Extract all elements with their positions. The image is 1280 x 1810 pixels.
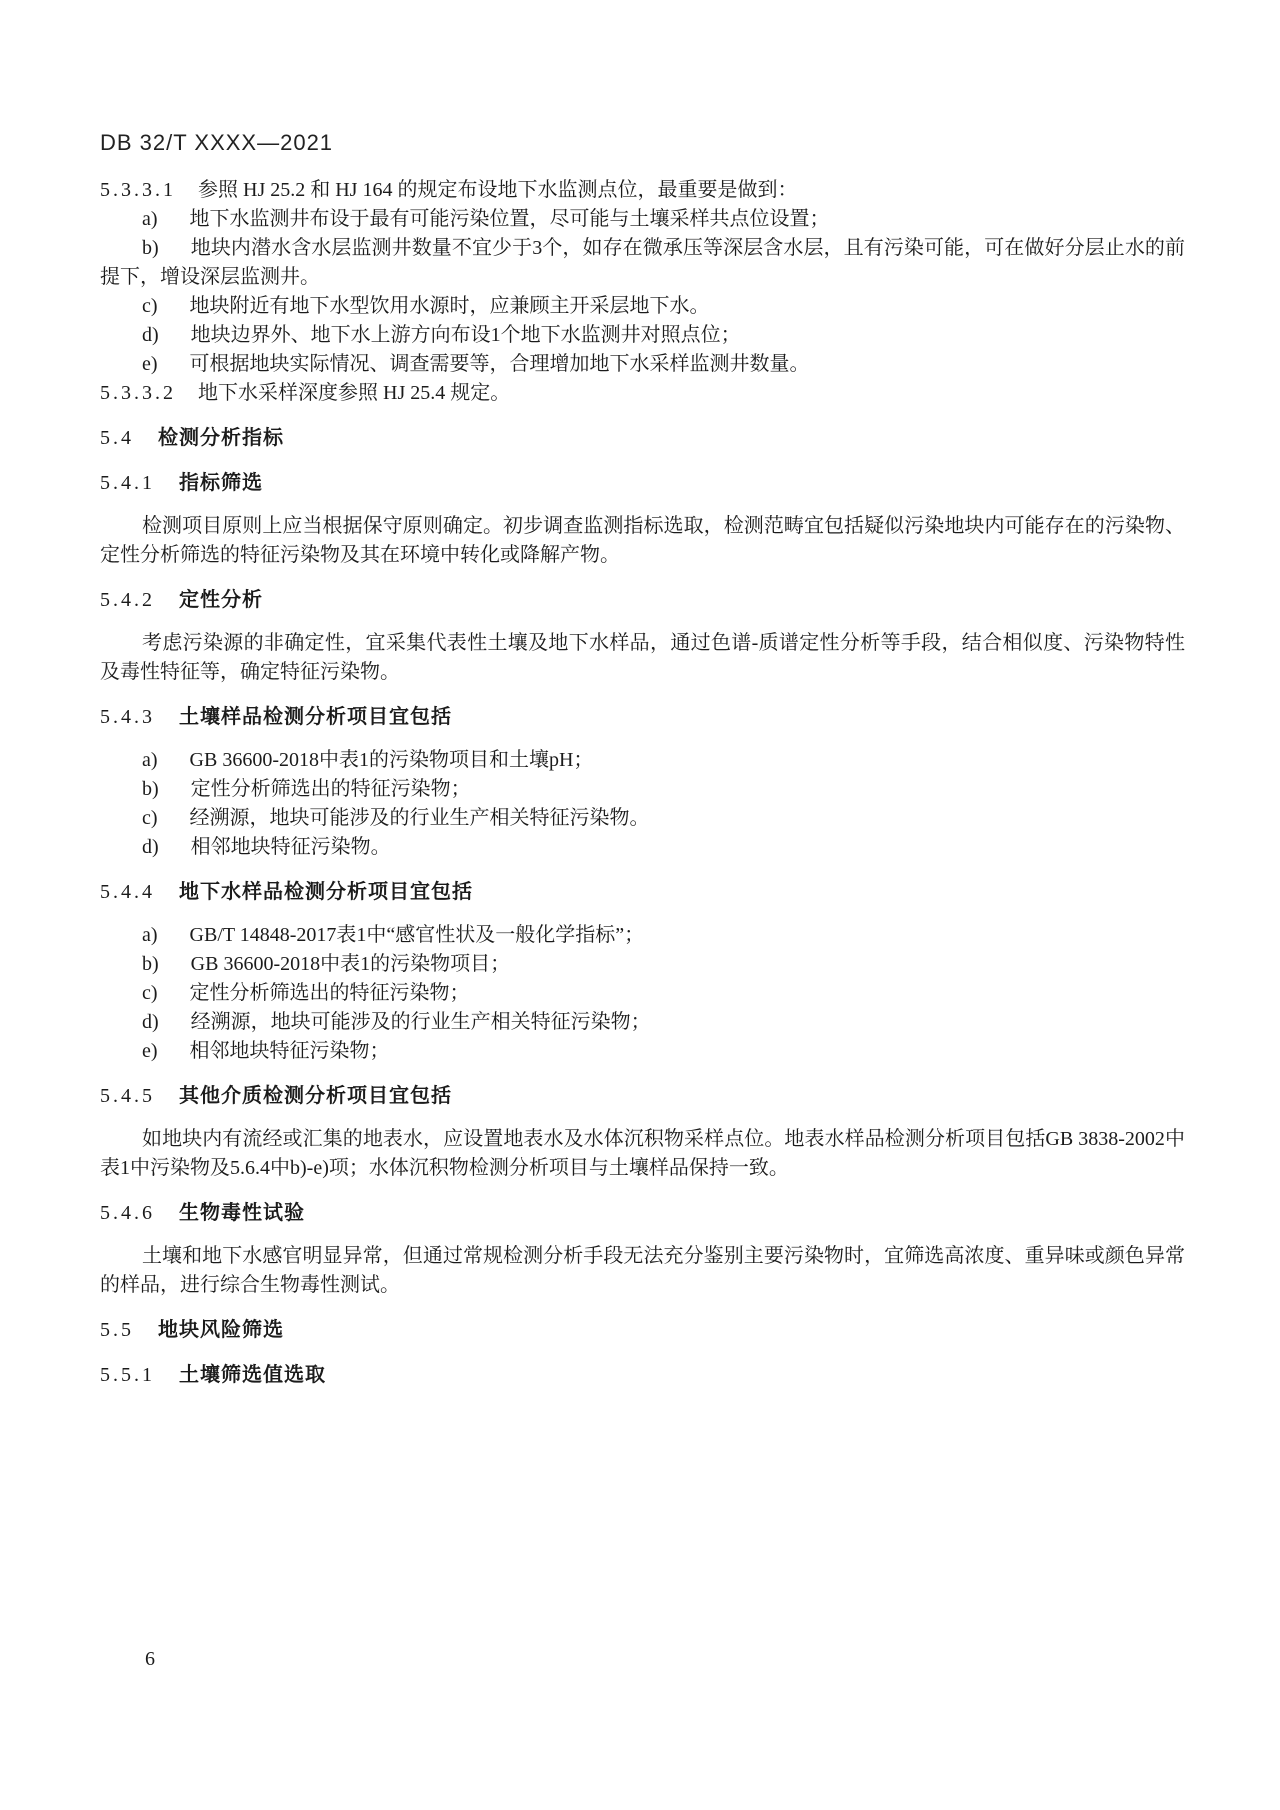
section-heading-5-4-5: 5.4.5其他介质检测分析项目宜包括 xyxy=(100,1082,1185,1111)
list-item-letter: b) xyxy=(142,778,159,800)
section-number: 5.4.3 xyxy=(100,706,155,728)
section-title: 其他介质检测分析项目宜包括 xyxy=(179,1085,452,1107)
list-item-letter: b) xyxy=(142,237,159,259)
list-item-letter: e) xyxy=(142,1040,158,1062)
section-title: 地下水样品检测分析项目宜包括 xyxy=(179,881,473,903)
clause-number: 5.3.3.2 xyxy=(100,382,176,404)
list-item: a)GB/T 14848-2017表1中“感官性状及一般化学指标”； xyxy=(100,921,1185,950)
list-item-letter: c) xyxy=(142,807,158,829)
list-item: c)定性分析筛选出的特征污染物； xyxy=(100,979,1185,1008)
list-item-letter: a) xyxy=(142,208,158,230)
section-title: 指标筛选 xyxy=(179,472,263,494)
list-item-text: 地块边界外、地下水上游方向布设1个地下水监测井对照点位； xyxy=(191,324,741,346)
list-item: e)相邻地块特征污染物； xyxy=(100,1037,1185,1066)
paragraph-5-4-2: 考虑污染源的非确定性，宜采集代表性土壤及地下水样品，通过色谱-质谱定性分析等手段… xyxy=(100,629,1185,687)
list-item-letter: e) xyxy=(142,353,158,375)
list-item: e)可根据地块实际情况、调查需要等，合理增加地下水采样监测井数量。 xyxy=(100,350,1185,379)
section-title: 地块风险筛选 xyxy=(158,1319,284,1341)
list-item-text: 定性分析筛选出的特征污染物； xyxy=(190,982,470,1004)
list-item-text: 地块附近有地下水型饮用水源时，应兼顾主开采层地下水。 xyxy=(190,295,710,317)
section-title: 检测分析指标 xyxy=(158,427,284,449)
section-number: 5.5.1 xyxy=(100,1364,155,1386)
paragraph-5-4-5: 如地块内有流经或汇集的地表水，应设置地表水及水体沉积物采样点位。地表水样品检测分… xyxy=(100,1125,1185,1183)
section-heading-5-4-1: 5.4.1指标筛选 xyxy=(100,469,1185,498)
section-heading-5-4-3: 5.4.3土壤样品检测分析项目宜包括 xyxy=(100,703,1185,732)
list-item: b)地块内潜水含水层监测井数量不宜少于3个，如存在微承压等深层含水层，且有污染可… xyxy=(100,234,1185,292)
section-heading-5-4-6: 5.4.6生物毒性试验 xyxy=(100,1199,1185,1228)
page-number: 6 xyxy=(145,1648,155,1671)
section-heading-5-4: 5.4检测分析指标 xyxy=(100,424,1185,453)
section-number: 5.4.4 xyxy=(100,881,155,903)
list-item: d)地块边界外、地下水上游方向布设1个地下水监测井对照点位； xyxy=(100,321,1185,350)
section-number: 5.4.2 xyxy=(100,589,155,611)
document-header: DB 32/T XXXX—2021 xyxy=(100,130,1185,156)
clause-5-3-3-1: 5.3.3.1参照 HJ 25.2 和 HJ 164 的规定布设地下水监测点位，… xyxy=(100,176,1185,205)
list-item-letter: a) xyxy=(142,924,158,946)
section-heading-5-5: 5.5地块风险筛选 xyxy=(100,1316,1185,1345)
section-title: 土壤样品检测分析项目宜包括 xyxy=(179,706,452,728)
list-item: c)地块附近有地下水型饮用水源时，应兼顾主开采层地下水。 xyxy=(100,292,1185,321)
list-item-text: 可根据地块实际情况、调查需要等，合理增加地下水采样监测井数量。 xyxy=(190,353,810,375)
section-number: 5.4.5 xyxy=(100,1085,155,1107)
section-title: 生物毒性试验 xyxy=(179,1202,305,1224)
list-item-letter: c) xyxy=(142,295,158,317)
section-number: 5.5 xyxy=(100,1319,134,1341)
document-page: DB 32/T XXXX—2021 5.3.3.1参照 HJ 25.2 和 HJ… xyxy=(0,0,1280,1810)
list-item-text: GB 36600-2018中表1的污染物项目； xyxy=(191,953,510,975)
list-item-text: 相邻地块特征污染物； xyxy=(190,1040,390,1062)
list-item: b)GB 36600-2018中表1的污染物项目； xyxy=(100,950,1185,979)
section-heading-5-4-2: 5.4.2定性分析 xyxy=(100,586,1185,615)
section-number: 5.4.6 xyxy=(100,1202,155,1224)
section-heading-5-4-4: 5.4.4地下水样品检测分析项目宜包括 xyxy=(100,878,1185,907)
list-item-letter: c) xyxy=(142,982,158,1004)
list-item: a)GB 36600-2018中表1的污染物项目和土壤pH； xyxy=(100,746,1185,775)
clause-text: 地下水采样深度参照 HJ 25.4 规定。 xyxy=(198,382,510,404)
section-number: 5.4 xyxy=(100,427,134,449)
list-item-letter: d) xyxy=(142,1011,159,1033)
list-item-letter: d) xyxy=(142,836,159,858)
list-item-text: 定性分析筛选出的特征污染物； xyxy=(191,778,471,800)
clause-number: 5.3.3.1 xyxy=(100,179,176,201)
paragraph-5-4-6: 土壤和地下水感官明显异常，但通过常规检测分析手段无法充分鉴别主要污染物时，宜筛选… xyxy=(100,1242,1185,1300)
list-item-letter: d) xyxy=(142,324,159,346)
list-item: a)地下水监测井布设于最有可能污染位置，尽可能与土壤采样共点位设置； xyxy=(100,205,1185,234)
paragraph-5-4-1: 检测项目原则上应当根据保守原则确定。初步调查监测指标选取，检测范畴宜包括疑似污染… xyxy=(100,512,1185,570)
list-item: b)定性分析筛选出的特征污染物； xyxy=(100,775,1185,804)
document-content: DB 32/T XXXX—2021 5.3.3.1参照 HJ 25.2 和 HJ… xyxy=(100,130,1185,1404)
list-item: c)经溯源，地块可能涉及的行业生产相关特征污染物。 xyxy=(100,804,1185,833)
section-heading-5-5-1: 5.5.1土壤筛选值选取 xyxy=(100,1361,1185,1390)
section-number: 5.4.1 xyxy=(100,472,155,494)
list-item-letter: a) xyxy=(142,749,158,771)
list-item-text: 地块内潜水含水层监测井数量不宜少于3个，如存在微承压等深层含水层，且有污染可能，… xyxy=(100,237,1185,288)
section-title: 定性分析 xyxy=(179,589,263,611)
clause-text: 参照 HJ 25.2 和 HJ 164 的规定布设地下水监测点位，最重要是做到： xyxy=(198,179,797,201)
list-item-text: GB/T 14848-2017表1中“感官性状及一般化学指标”； xyxy=(190,924,645,946)
list-item-letter: b) xyxy=(142,953,159,975)
clause-5-3-3-2: 5.3.3.2地下水采样深度参照 HJ 25.4 规定。 xyxy=(100,379,1185,408)
list-item-text: GB 36600-2018中表1的污染物项目和土壤pH； xyxy=(190,749,594,771)
list-item-text: 地下水监测井布设于最有可能污染位置，尽可能与土壤采样共点位设置； xyxy=(190,208,830,230)
list-item: d)经溯源，地块可能涉及的行业生产相关特征污染物； xyxy=(100,1008,1185,1037)
list-item-text: 经溯源，地块可能涉及的行业生产相关特征污染物； xyxy=(191,1011,651,1033)
list-item: d)相邻地块特征污染物。 xyxy=(100,833,1185,862)
section-title: 土壤筛选值选取 xyxy=(179,1364,326,1386)
list-item-text: 经溯源，地块可能涉及的行业生产相关特征污染物。 xyxy=(190,807,650,829)
list-item-text: 相邻地块特征污染物。 xyxy=(191,836,391,858)
